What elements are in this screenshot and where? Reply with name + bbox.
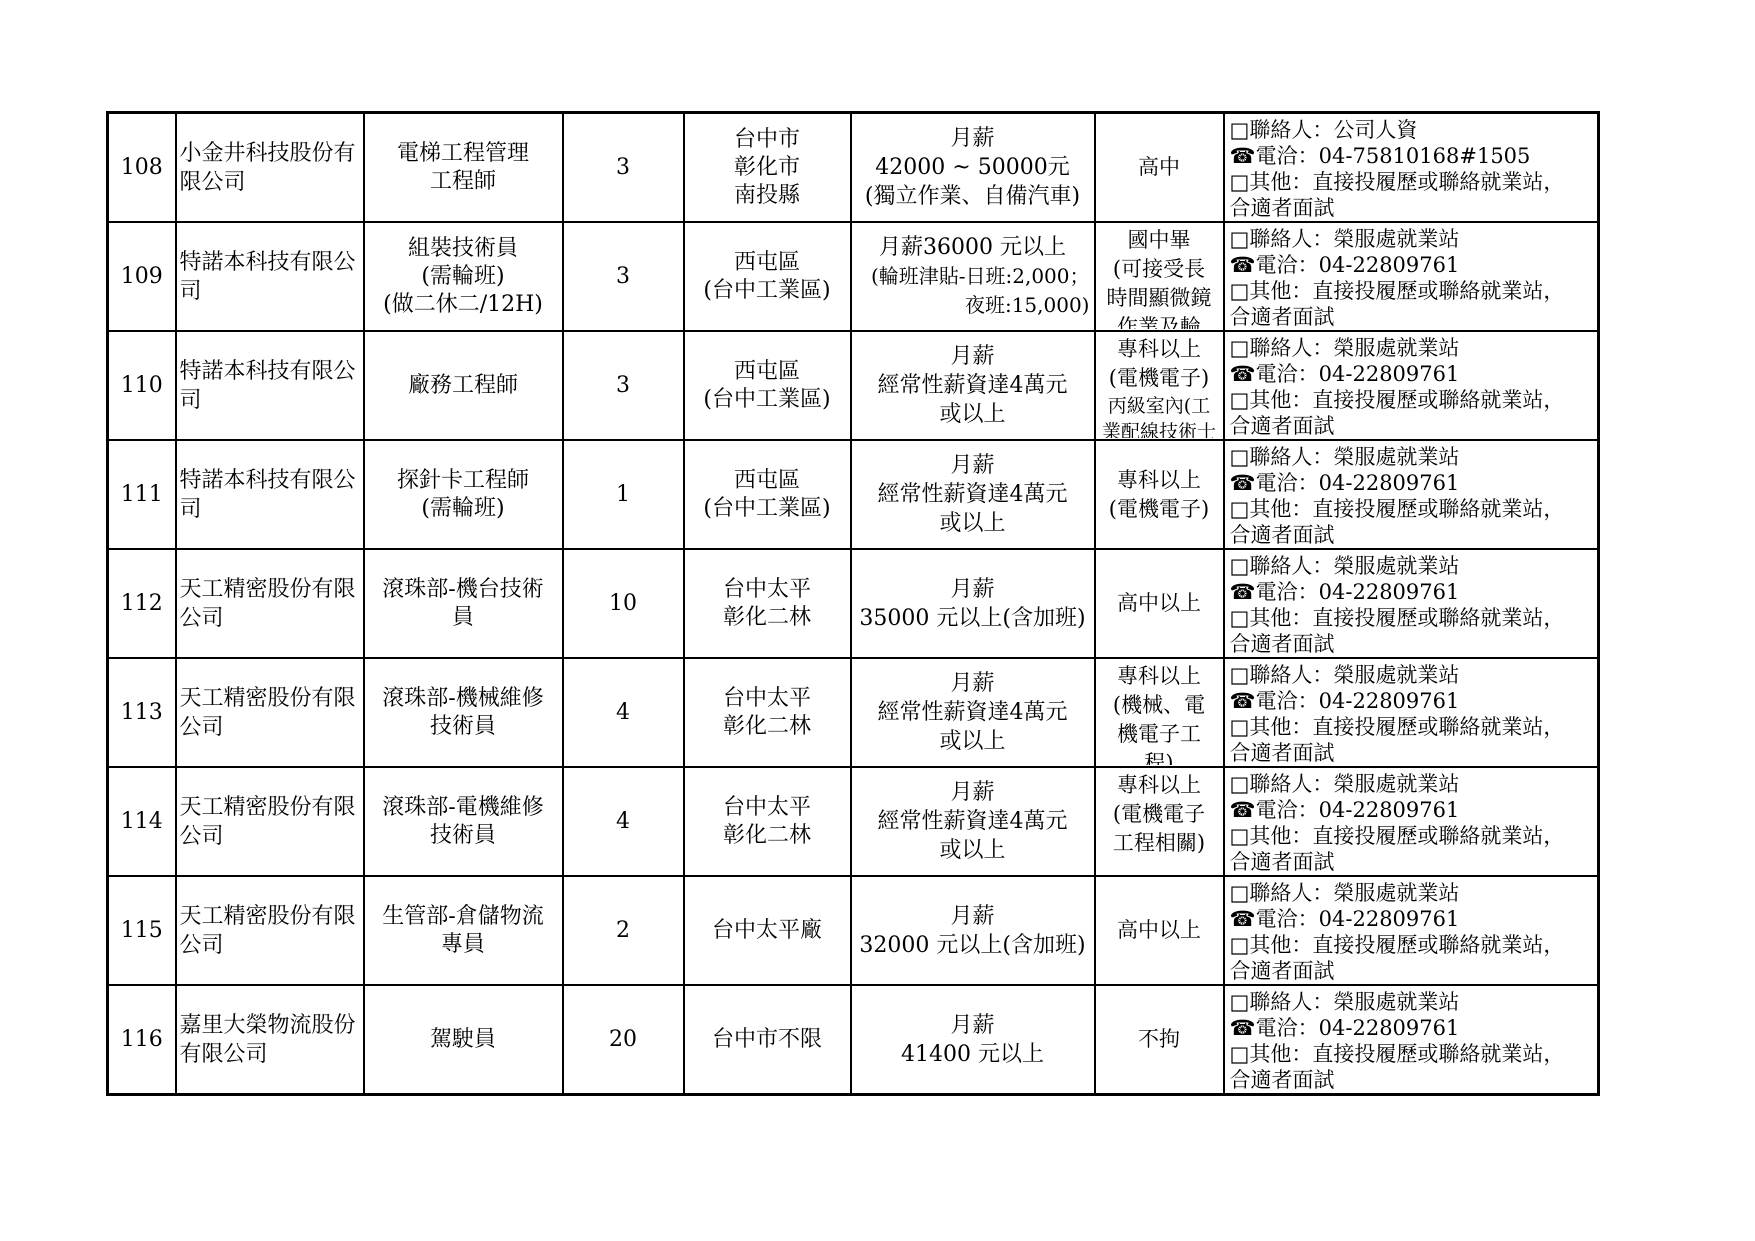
job-title-line: (需輪班): [421, 263, 504, 291]
salary-line: 月薪: [950, 778, 994, 807]
job-title-line: 專員: [441, 931, 485, 959]
location: 台中太平彰化二林: [685, 661, 850, 764]
openings-value: 3: [564, 116, 683, 219]
contact-line: 合適者面試: [1230, 740, 1335, 765]
location-line: 西屯區: [734, 467, 800, 495]
cell-contact: □聯絡人：榮服處就業站☎電洽：04-22809761□其他：直接投履歷或聯絡就業…: [1224, 767, 1599, 876]
company-name: 特諾本科技有限公司: [177, 443, 363, 546]
location: 西屯區(台中工業區): [685, 334, 850, 437]
location-line: 台中市: [734, 126, 800, 154]
contact-line: □聯絡人：榮服處就業站: [1230, 662, 1460, 688]
cell-contact: □聯絡人：榮服處就業站☎電洽：04-22809761□其他：直接投履歷或聯絡就業…: [1224, 658, 1599, 767]
job-title-line: 生管部-倉儲物流: [382, 903, 543, 931]
job-title: 滾珠部-機台技術員: [365, 552, 562, 655]
contact-line: 合適者面試: [1230, 1067, 1335, 1092]
row-number-value: 114: [109, 770, 175, 873]
cell-education: 專科以上(機械、電機電子工程): [1095, 658, 1224, 767]
location-line: 台中太平廠: [712, 917, 822, 945]
row-number-value: 113: [109, 661, 175, 764]
education-line: 機電子工: [1117, 720, 1201, 749]
location: 台中市不限: [685, 988, 850, 1091]
job-title: 廠務工程師: [365, 334, 562, 437]
contact-phone-line: ☎電洽：04-22809761: [1230, 470, 1460, 496]
cell-row-number: 112: [108, 549, 176, 658]
salary-line: 月薪: [950, 902, 994, 931]
contact-phone-line: ☎電洽：04-22809761: [1230, 579, 1460, 605]
cell-contact: □聯絡人：公司人資☎電洽：04-75810168#1505□其他：直接投履歷或聯…: [1224, 113, 1599, 223]
cell-job-title: 滾珠部-機械維修技術員: [364, 658, 563, 767]
education-detail-line: 業配線技術士: [1102, 419, 1216, 438]
contact-line: □聯絡人：榮服處就業站: [1230, 226, 1460, 252]
job-title-line: 電梯工程管理: [397, 140, 529, 168]
location: 台中太平廠: [685, 879, 850, 982]
contact-line: □其他：直接投履歷或聯絡就業站，: [1230, 932, 1565, 958]
salary-detail-line: (輪班津貼-日班:2,000；: [852, 262, 1090, 291]
cell-contact: □聯絡人：榮服處就業站☎電洽：04-22809761□其他：直接投履歷或聯絡就業…: [1224, 440, 1599, 549]
contact-line: □其他：直接投履歷或聯絡就業站，: [1230, 169, 1565, 195]
cell-education: 高中: [1095, 113, 1224, 223]
row-number-text: 115: [121, 917, 163, 945]
openings-value: 1: [564, 443, 683, 546]
location: 西屯區(台中工業區): [685, 443, 850, 546]
job-listing-table: 108小金井科技股份有限公司電梯工程管理工程師3台中市彰化市南投縣月薪42000…: [106, 111, 1600, 1096]
location-line: 彰化二林: [723, 604, 811, 632]
location-line: 台中太平: [723, 685, 811, 713]
salary-line: 42000 ~ 50000元: [875, 153, 1069, 182]
row-number-value: 115: [109, 879, 175, 982]
company-name: 天工精密股份有限公司: [177, 552, 363, 655]
contact-info: □聯絡人：榮服處就業站☎電洽：04-22809761□其他：直接投履歷或聯絡就業…: [1225, 442, 1598, 547]
salary-line: 經常性薪資達4萬元: [878, 371, 1068, 400]
job-title: 駕駛員: [365, 988, 562, 1091]
contact-line: □其他：直接投履歷或聯絡就業站，: [1230, 1041, 1565, 1067]
job-title: 探針卡工程師(需輪班): [365, 443, 562, 546]
cell-row-number: 110: [108, 331, 176, 440]
job-title: 生管部-倉儲物流專員: [365, 879, 562, 982]
cell-row-number: 108: [108, 113, 176, 223]
job-title-line: 滾珠部-電機維修: [382, 794, 543, 822]
contact-phone-line: ☎電洽：04-22809761: [1230, 688, 1460, 714]
cell-company: 天工精密股份有限公司: [176, 658, 364, 767]
company-name-text: 特諾本科技有限公司: [180, 357, 361, 415]
education: 專科以上(機械、電機電子工程): [1096, 660, 1223, 765]
cell-salary: 月薪經常性薪資達4萬元或以上: [851, 767, 1095, 876]
salary: 月薪32000 元以上(含加班): [852, 879, 1094, 982]
contact-phone-line: ☎電洽：04-22809761: [1230, 252, 1460, 278]
cell-company: 特諾本科技有限公司: [176, 440, 364, 549]
job-title-line: 組裝技術員: [408, 235, 518, 263]
document-page: 108小金井科技股份有限公司電梯工程管理工程師3台中市彰化市南投縣月薪42000…: [0, 0, 1755, 1241]
row-number-value: 111: [109, 443, 175, 546]
company-name-text: 小金井科技股份有限公司: [180, 139, 361, 197]
job-title-line: 探針卡工程師: [397, 467, 529, 495]
cell-row-number: 116: [108, 985, 176, 1095]
contact-phone-line: ☎電洽：04-22809761: [1230, 361, 1460, 387]
salary-line: 35000 元以上(含加班): [859, 604, 1085, 633]
table-row: 115天工精密股份有限公司生管部-倉儲物流專員2台中太平廠月薪32000 元以上…: [108, 876, 1599, 985]
openings-text: 4: [616, 699, 630, 727]
company-name: 天工精密股份有限公司: [177, 879, 363, 982]
education-line: 專科以上: [1117, 335, 1201, 364]
company-name: 特諾本科技有限公司: [177, 334, 363, 437]
table-row: 109特諾本科技有限公司組裝技術員(需輪班)(做二休二/12H)3西屯區(台中工…: [108, 222, 1599, 331]
location-line: 彰化二林: [723, 713, 811, 741]
education: 專科以上(電機電子): [1096, 443, 1223, 546]
cell-location: 台中太平彰化二林: [684, 767, 851, 876]
cell-job-title: 廠務工程師: [364, 331, 563, 440]
cell-job-title: 滾珠部-機台技術員: [364, 549, 563, 658]
contact-line: 合適者面試: [1230, 413, 1335, 438]
salary-line: 經常性薪資達4萬元: [878, 698, 1068, 727]
contact-phone-line: ☎電洽：04-22809761: [1230, 906, 1460, 932]
cell-contact: □聯絡人：榮服處就業站☎電洽：04-22809761□其他：直接投履歷或聯絡就業…: [1224, 876, 1599, 985]
row-number-text: 112: [121, 590, 163, 618]
row-number-value: 109: [109, 225, 175, 328]
cell-location: 西屯區(台中工業區): [684, 331, 851, 440]
education-line: (電機電子: [1113, 800, 1205, 829]
location-line: 彰化市: [734, 154, 800, 182]
contact-line: □聯絡人：榮服處就業站: [1230, 880, 1460, 906]
cell-location: 西屯區(台中工業區): [684, 222, 851, 331]
contact-info: □聯絡人：榮服處就業站☎電洽：04-22809761□其他：直接投履歷或聯絡就業…: [1225, 224, 1598, 329]
cell-row-number: 113: [108, 658, 176, 767]
cell-openings: 4: [563, 767, 684, 876]
cell-salary: 月薪經常性薪資達4萬元或以上: [851, 440, 1095, 549]
cell-row-number: 114: [108, 767, 176, 876]
cell-row-number: 111: [108, 440, 176, 549]
cell-job-title: 電梯工程管理工程師: [364, 113, 563, 223]
salary-detail-line: 夜班:15,000): [852, 291, 1090, 320]
openings-value: 3: [564, 225, 683, 328]
contact-line: □聯絡人：榮服處就業站: [1230, 989, 1460, 1015]
cell-contact: □聯絡人：榮服處就業站☎電洽：04-22809761□其他：直接投履歷或聯絡就業…: [1224, 549, 1599, 658]
openings-text: 20: [609, 1026, 637, 1054]
row-number-text: 116: [121, 1026, 163, 1054]
location-line: (台中工業區): [703, 495, 830, 523]
job-table-body: 108小金井科技股份有限公司電梯工程管理工程師3台中市彰化市南投縣月薪42000…: [108, 113, 1599, 1095]
company-name: 天工精密股份有限公司: [177, 661, 363, 764]
education-line: 時間顯微鏡: [1107, 284, 1212, 313]
salary-line: 或以上: [939, 400, 1005, 429]
cell-location: 台中太平彰化二林: [684, 658, 851, 767]
company-name: 特諾本科技有限公司: [177, 225, 363, 328]
education-line: 專科以上: [1117, 662, 1201, 691]
row-number-text: 111: [121, 481, 163, 509]
salary-detail-block: (輪班津貼-日班:2,000；夜班:15,000): [852, 262, 1094, 320]
contact-line: □其他：直接投履歷或聯絡就業站，: [1230, 823, 1565, 849]
contact-line: 合適者面試: [1230, 304, 1335, 329]
location: 台中市彰化市南投縣: [685, 116, 850, 219]
contact-line: □聯絡人：榮服處就業站: [1230, 771, 1460, 797]
cell-location: 台中太平廠: [684, 876, 851, 985]
openings-text: 4: [616, 808, 630, 836]
company-name-text: 特諾本科技有限公司: [180, 466, 361, 524]
education-line: 國中畢: [1128, 226, 1191, 255]
company-name: 天工精密股份有限公司: [177, 770, 363, 873]
education-line: (可接受長: [1113, 255, 1205, 284]
salary-line: 月薪: [950, 669, 994, 698]
contact-line: □其他：直接投履歷或聯絡就業站，: [1230, 278, 1565, 304]
education-line: 作業及輪: [1117, 313, 1201, 329]
education-line: 高中: [1138, 153, 1180, 182]
row-number-text: 114: [121, 808, 163, 836]
row-number-value: 108: [109, 116, 175, 219]
contact-line: □其他：直接投履歷或聯絡就業站，: [1230, 605, 1565, 631]
salary-line: 或以上: [939, 836, 1005, 865]
education: 高中以上: [1096, 552, 1223, 655]
cell-company: 特諾本科技有限公司: [176, 331, 364, 440]
job-title-line: (做二休二/12H): [383, 291, 543, 319]
salary: 月薪經常性薪資達4萬元或以上: [852, 334, 1094, 437]
contact-line: 合適者面試: [1230, 195, 1335, 220]
cell-salary: 月薪42000 ~ 50000元(獨立作業、自備汽車): [851, 113, 1095, 223]
cell-company: 特諾本科技有限公司: [176, 222, 364, 331]
education-line: 專科以上: [1117, 466, 1201, 495]
job-title: 電梯工程管理工程師: [365, 116, 562, 219]
salary-line: 經常性薪資達4萬元: [878, 807, 1068, 836]
education-detail-line: 丙級室內(工: [1108, 393, 1210, 419]
contact-phone-line: ☎電洽：04-22809761: [1230, 797, 1460, 823]
location-line: 西屯區: [734, 358, 800, 386]
company-name-text: 特諾本科技有限公司: [180, 248, 361, 306]
row-number-value: 116: [109, 988, 175, 1091]
location: 台中太平彰化二林: [685, 770, 850, 873]
openings-text: 3: [616, 154, 630, 182]
contact-line: □聯絡人：榮服處就業站: [1230, 553, 1460, 579]
cell-openings: 10: [563, 549, 684, 658]
table-row: 112天工精密股份有限公司滾珠部-機台技術員10台中太平彰化二林月薪35000 …: [108, 549, 1599, 658]
education-line: 不拘: [1138, 1025, 1180, 1054]
table-row: 114天工精密股份有限公司滾珠部-電機維修技術員4台中太平彰化二林月薪經常性薪資…: [108, 767, 1599, 876]
row-number-text: 113: [121, 699, 163, 727]
company-name-text: 嘉里大榮物流股份有限公司: [180, 1011, 361, 1069]
job-title: 滾珠部-機械維修技術員: [365, 661, 562, 764]
salary-line: 或以上: [939, 727, 1005, 756]
openings-text: 3: [616, 263, 630, 291]
location-line: (台中工業區): [703, 277, 830, 305]
openings-value: 4: [564, 661, 683, 764]
education-line: (電機電子): [1109, 495, 1209, 524]
salary-line: 月薪: [950, 451, 994, 480]
salary-line: 月薪: [950, 1011, 994, 1040]
cell-location: 台中太平彰化二林: [684, 549, 851, 658]
cell-company: 天工精密股份有限公司: [176, 876, 364, 985]
job-title: 組裝技術員(需輪班)(做二休二/12H): [365, 225, 562, 328]
table-row: 116嘉里大榮物流股份有限公司駕駛員20台中市不限月薪41400 元以上不拘□聯…: [108, 985, 1599, 1095]
salary-line: 41400 元以上: [901, 1040, 1044, 1069]
cell-salary: 月薪35000 元以上(含加班): [851, 549, 1095, 658]
cell-education: 專科以上(電機電子工程相關): [1095, 767, 1224, 876]
contact-info: □聯絡人：榮服處就業站☎電洽：04-22809761□其他：直接投履歷或聯絡就業…: [1225, 987, 1598, 1092]
cell-salary: 月薪36000 元以上(輪班津貼-日班:2,000；夜班:15,000): [851, 222, 1095, 331]
openings-text: 2: [616, 917, 630, 945]
salary: 月薪經常性薪資達4萬元或以上: [852, 661, 1094, 764]
contact-line: 合適者面試: [1230, 631, 1335, 656]
location-line: 西屯區: [734, 249, 800, 277]
job-title-line: 廠務工程師: [408, 372, 518, 400]
salary: 月薪41400 元以上: [852, 988, 1094, 1091]
row-number-text: 108: [121, 154, 163, 182]
location-line: 彰化二林: [723, 822, 811, 850]
company-name: 小金井科技股份有限公司: [177, 116, 363, 219]
contact-info: □聯絡人：榮服處就業站☎電洽：04-22809761□其他：直接投履歷或聯絡就業…: [1225, 878, 1598, 983]
salary-line: 月薪: [950, 342, 994, 371]
row-number-text: 109: [121, 263, 163, 291]
company-name: 嘉里大榮物流股份有限公司: [177, 988, 363, 1091]
row-number-value: 112: [109, 552, 175, 655]
contact-line: 合適者面試: [1230, 849, 1335, 874]
location: 西屯區(台中工業區): [685, 225, 850, 328]
contact-line: □聯絡人：榮服處就業站: [1230, 444, 1460, 470]
cell-openings: 20: [563, 985, 684, 1095]
salary-line: 或以上: [939, 509, 1005, 538]
location: 台中太平彰化二林: [685, 552, 850, 655]
location-line: 台中太平: [723, 576, 811, 604]
contact-line: □聯絡人：公司人資: [1230, 117, 1418, 143]
cell-education: 不拘: [1095, 985, 1224, 1095]
openings-value: 4: [564, 770, 683, 873]
company-name-text: 天工精密股份有限公司: [180, 793, 361, 851]
contact-info: □聯絡人：榮服處就業站☎電洽：04-22809761□其他：直接投履歷或聯絡就業…: [1225, 551, 1598, 656]
job-title-line: (需輪班): [421, 495, 504, 523]
contact-line: 合適者面試: [1230, 522, 1335, 547]
salary: 月薪35000 元以上(含加班): [852, 552, 1094, 655]
cell-education: 國中畢(可接受長時間顯微鏡作業及輪: [1095, 222, 1224, 331]
job-title-line: 駕駛員: [430, 1026, 496, 1054]
job-title-line: 員: [452, 604, 474, 632]
cell-openings: 1: [563, 440, 684, 549]
location-line: (台中工業區): [703, 386, 830, 414]
education-line: 高中以上: [1117, 589, 1201, 618]
education-line: 程): [1144, 749, 1173, 765]
cell-job-title: 組裝技術員(需輪班)(做二休二/12H): [364, 222, 563, 331]
cell-job-title: 探針卡工程師(需輪班): [364, 440, 563, 549]
cell-job-title: 駕駛員: [364, 985, 563, 1095]
contact-phone-line: ☎電洽：04-22809761: [1230, 1015, 1460, 1041]
cell-education: 專科以上(電機電子)丙級室內(工業配線技術士: [1095, 331, 1224, 440]
cell-openings: 4: [563, 658, 684, 767]
salary-line: (獨立作業、自備汽車): [865, 182, 1080, 211]
education-line: (電機電子): [1109, 364, 1209, 393]
cell-contact: □聯絡人：榮服處就業站☎電洽：04-22809761□其他：直接投履歷或聯絡就業…: [1224, 985, 1599, 1095]
education: 專科以上(電機電子工程相關): [1096, 769, 1223, 874]
location-line: 台中市不限: [712, 1026, 822, 1054]
contact-info: □聯絡人：榮服處就業站☎電洽：04-22809761□其他：直接投履歷或聯絡就業…: [1225, 769, 1598, 874]
cell-openings: 3: [563, 222, 684, 331]
job-title-line: 技術員: [430, 822, 496, 850]
education: 高中: [1096, 116, 1223, 219]
cell-salary: 月薪經常性薪資達4萬元或以上: [851, 658, 1095, 767]
company-name-text: 天工精密股份有限公司: [180, 684, 361, 742]
salary: 月薪經常性薪資達4萬元或以上: [852, 443, 1094, 546]
job-title-line: 技術員: [430, 713, 496, 741]
education-line: 高中以上: [1117, 916, 1201, 945]
cell-openings: 3: [563, 113, 684, 223]
cell-row-number: 115: [108, 876, 176, 985]
salary-line: 月薪: [950, 124, 994, 153]
education-line: 專科以上: [1117, 771, 1201, 800]
cell-company: 天工精密股份有限公司: [176, 549, 364, 658]
openings-value: 20: [564, 988, 683, 1091]
openings-value: 10: [564, 552, 683, 655]
cell-openings: 3: [563, 331, 684, 440]
table-row: 108小金井科技股份有限公司電梯工程管理工程師3台中市彰化市南投縣月薪42000…: [108, 113, 1599, 223]
cell-contact: □聯絡人：榮服處就業站☎電洽：04-22809761□其他：直接投履歷或聯絡就業…: [1224, 222, 1599, 331]
job-title-line: 滾珠部-機械維修: [382, 685, 543, 713]
contact-info: □聯絡人：榮服處就業站☎電洽：04-22809761□其他：直接投履歷或聯絡就業…: [1225, 660, 1598, 765]
openings-value: 3: [564, 334, 683, 437]
salary: 月薪經常性薪資達4萬元或以上: [852, 770, 1094, 873]
table-row: 111特諾本科技有限公司探針卡工程師(需輪班)1西屯區(台中工業區)月薪經常性薪…: [108, 440, 1599, 549]
education: 不拘: [1096, 988, 1223, 1091]
cell-company: 天工精密股份有限公司: [176, 767, 364, 876]
salary-line: 32000 元以上(含加班): [859, 931, 1085, 960]
job-title-line: 工程師: [430, 168, 496, 196]
education: 高中以上: [1096, 879, 1223, 982]
cell-job-title: 生管部-倉儲物流專員: [364, 876, 563, 985]
cell-location: 台中市不限: [684, 985, 851, 1095]
contact-line: □聯絡人：榮服處就業站: [1230, 335, 1460, 361]
education: 專科以上(電機電子)丙級室內(工業配線技術士: [1096, 333, 1223, 438]
openings-text: 3: [616, 372, 630, 400]
cell-salary: 月薪經常性薪資達4萬元或以上: [851, 331, 1095, 440]
salary: 月薪42000 ~ 50000元(獨立作業、自備汽車): [852, 116, 1094, 219]
salary-line: 經常性薪資達4萬元: [878, 480, 1068, 509]
contact-line: □其他：直接投履歷或聯絡就業站，: [1230, 496, 1565, 522]
cell-salary: 月薪32000 元以上(含加班): [851, 876, 1095, 985]
cell-education: 專科以上(電機電子): [1095, 440, 1224, 549]
contact-phone-line: ☎電洽：04-75810168#1505: [1230, 143, 1531, 169]
job-title: 滾珠部-電機維修技術員: [365, 770, 562, 873]
cell-company: 嘉里大榮物流股份有限公司: [176, 985, 364, 1095]
cell-job-title: 滾珠部-電機維修技術員: [364, 767, 563, 876]
table-row: 110特諾本科技有限公司廠務工程師3西屯區(台中工業區)月薪經常性薪資達4萬元或…: [108, 331, 1599, 440]
table-row: 113天工精密股份有限公司滾珠部-機械維修技術員4台中太平彰化二林月薪經常性薪資…: [108, 658, 1599, 767]
location-line: 南投縣: [734, 182, 800, 210]
contact-info: □聯絡人：公司人資☎電洽：04-75810168#1505□其他：直接投履歷或聯…: [1225, 115, 1598, 220]
contact-line: □其他：直接投履歷或聯絡就業站，: [1230, 714, 1565, 740]
contact-line: 合適者面試: [1230, 958, 1335, 983]
company-name-text: 天工精密股份有限公司: [180, 902, 361, 960]
cell-salary: 月薪41400 元以上: [851, 985, 1095, 1095]
education-line: 工程相關): [1113, 829, 1205, 858]
cell-contact: □聯絡人：榮服處就業站☎電洽：04-22809761□其他：直接投履歷或聯絡就業…: [1224, 331, 1599, 440]
cell-education: 高中以上: [1095, 876, 1224, 985]
row-number-text: 110: [121, 372, 163, 400]
job-title-line: 滾珠部-機台技術: [382, 576, 543, 604]
cell-company: 小金井科技股份有限公司: [176, 113, 364, 223]
education: 國中畢(可接受長時間顯微鏡作業及輪: [1096, 224, 1223, 329]
contact-line: □其他：直接投履歷或聯絡就業站，: [1230, 387, 1565, 413]
cell-location: 西屯區(台中工業區): [684, 440, 851, 549]
cell-openings: 2: [563, 876, 684, 985]
openings-value: 2: [564, 879, 683, 982]
contact-info: □聯絡人：榮服處就業站☎電洽：04-22809761□其他：直接投履歷或聯絡就業…: [1225, 333, 1598, 438]
location-line: 台中太平: [723, 794, 811, 822]
openings-text: 1: [616, 481, 630, 509]
company-name-text: 天工精密股份有限公司: [180, 575, 361, 633]
salary-line: 月薪36000 元以上: [879, 233, 1066, 262]
cell-education: 高中以上: [1095, 549, 1224, 658]
openings-text: 10: [609, 590, 637, 618]
education-line: (機械、電: [1113, 691, 1205, 720]
cell-location: 台中市彰化市南投縣: [684, 113, 851, 223]
cell-row-number: 109: [108, 222, 176, 331]
salary: 月薪36000 元以上(輪班津貼-日班:2,000；夜班:15,000): [852, 225, 1094, 328]
salary-line: 月薪: [950, 575, 994, 604]
row-number-value: 110: [109, 334, 175, 437]
